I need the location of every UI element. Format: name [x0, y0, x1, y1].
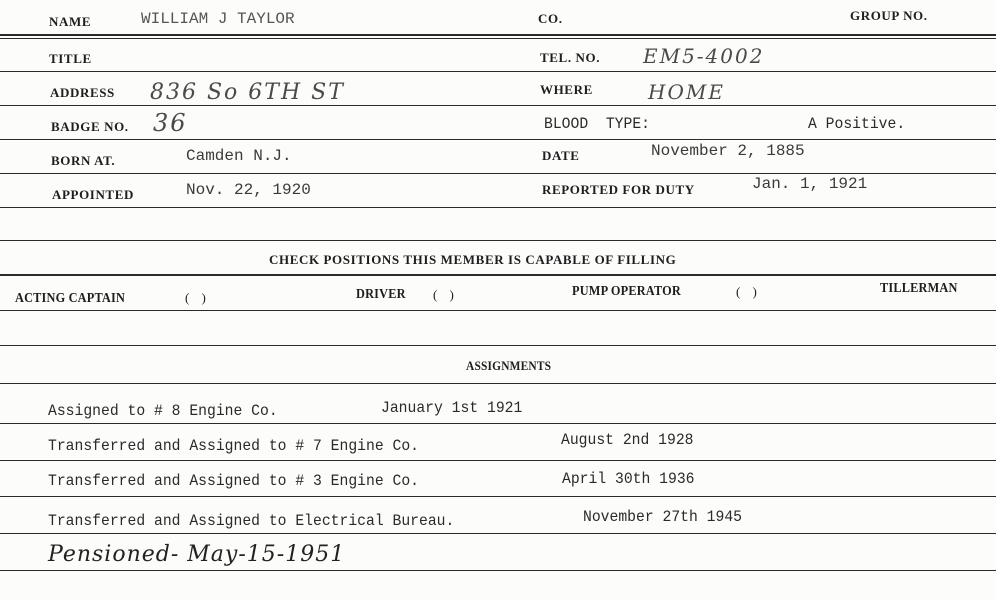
rule-blank-2 [0, 345, 996, 346]
personnel-record-card: NAME WILLIAM J TAYLOR CO. GROUP NO. TITL… [0, 0, 996, 600]
position-tillerman-label: TILLERMAN [880, 281, 958, 297]
assignment-date: April 30th 1936 [562, 470, 695, 488]
blood-type-label: BLOOD TYPE: [544, 115, 650, 133]
date-label: DATE [542, 148, 580, 164]
position-acting-captain-checkbox[interactable]: ( ) [185, 290, 206, 306]
reported-for-duty-value: Jan. 1, 1921 [752, 175, 867, 193]
position-pump-operator-label: PUMP OPERATOR [572, 284, 681, 300]
rule-double-top-2 [0, 38, 996, 39]
position-acting-captain-label: ACTING CAPTAIN [15, 291, 125, 307]
tel-label: TEL. NO. [540, 50, 600, 66]
appointed-value: Nov. 22, 1920 [186, 181, 311, 199]
name-value: WILLIAM J TAYLOR [141, 10, 295, 28]
date-value: November 2, 1885 [651, 142, 805, 160]
assignment-text: Transferred and Assigned to # 7 Engine C… [48, 437, 419, 455]
assignment-date: August 2nd 1928 [561, 431, 694, 449]
position-driver-label: DRIVER [356, 287, 406, 303]
rule-positions [0, 310, 996, 311]
rule-born [0, 173, 996, 174]
address-value: 836 So 6TH ST [150, 80, 345, 105]
rule-title [0, 71, 996, 72]
appointed-label: APPOINTED [52, 187, 134, 203]
assignment-text: Assigned to # 8 Engine Co. [48, 402, 278, 420]
position-pump-operator-checkbox[interactable]: ( ) [736, 284, 757, 300]
group-no-label: GROUP NO. [850, 8, 928, 24]
rule-assignments-heading [0, 383, 996, 384]
rule-double-top-1 [0, 34, 996, 36]
born-at-label: BORN AT. [51, 153, 115, 169]
assignments-heading: ASSIGNMENTS [466, 358, 551, 374]
rule-appointed [0, 207, 996, 208]
co-label: CO. [538, 11, 563, 27]
rule-assign-1 [0, 423, 996, 424]
tel-value: EM5-4002 [643, 44, 764, 68]
assignment-text: Transferred and Assigned to # 3 Engine C… [48, 472, 419, 490]
assignment-text: Transferred and Assigned to Electrical B… [48, 512, 454, 530]
rule-assign-5 [0, 570, 996, 571]
badge-label: BADGE NO. [51, 119, 129, 135]
reported-for-duty-label: REPORTED FOR DUTY [542, 182, 695, 198]
where-label: WHERE [540, 82, 593, 98]
badge-value: 36 [153, 109, 188, 137]
rule-address [0, 105, 996, 106]
title-label: TITLE [49, 51, 92, 67]
rule-blank [0, 240, 996, 241]
pensioned-handwritten-note: Pensioned- May-15-1951 [48, 542, 345, 567]
rule-positions-heading [0, 274, 996, 276]
rule-assign-2 [0, 460, 996, 461]
blood-type-value: A Positive. [808, 115, 905, 133]
position-driver-checkbox[interactable]: ( ) [433, 287, 454, 303]
name-label: NAME [49, 14, 91, 30]
assignment-date: November 27th 1945 [583, 508, 742, 526]
rule-assign-4 [0, 533, 996, 534]
born-at-value: Camden N.J. [186, 147, 292, 165]
rule-assign-3 [0, 496, 996, 497]
where-value: HOME [648, 80, 725, 104]
assignment-date: January 1st 1921 [381, 399, 522, 417]
address-label: ADDRESS [50, 85, 115, 101]
rule-badge [0, 139, 996, 140]
positions-heading: CHECK POSITIONS THIS MEMBER IS CAPABLE O… [269, 252, 676, 268]
